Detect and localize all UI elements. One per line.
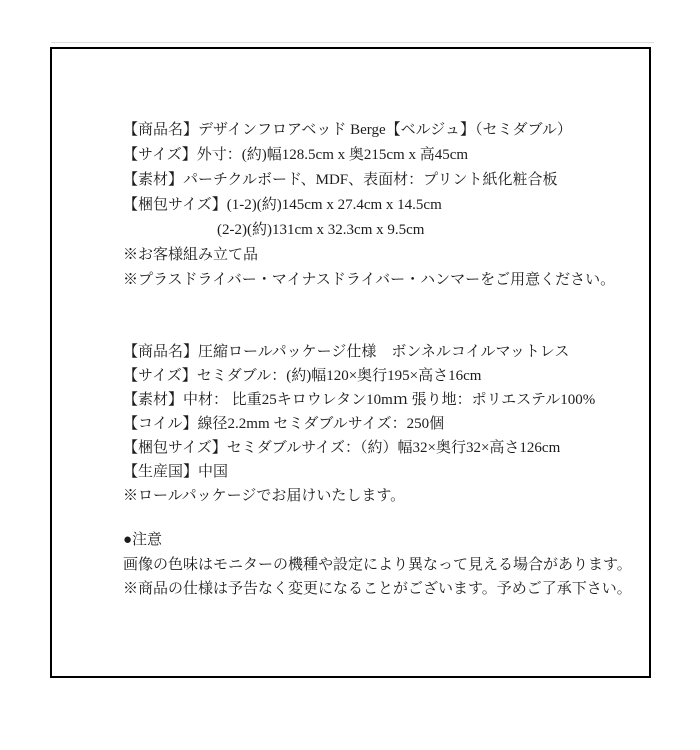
notice-monitor-line: 画像の色味はモニターの機種や設定により異なって見える場合があります。 [123,553,639,578]
mattress-country: 【生産国】中国 [123,460,639,484]
notice-section: ●注意 画像の色味はモニターの機種や設定により異なって見える場合があります。 ※… [123,528,639,602]
mattress-size: 【サイズ】セミダブル：(約)幅120×奥行195×高さ16cm [123,364,639,388]
mattress-material: 【素材】中材： 比重25キロウレタン10mｍ 張り地：ポリエステル100% [123,388,639,412]
bed-product-name: 【商品名】デザインフロアベッド Berge【ベルジュ】（セミダブル） [123,118,639,143]
mattress-package-size: 【梱包サイズ】セミダブルサイズ：（約）幅32×奥行32×高さ126cm [123,436,639,460]
bed-package-size-1: 【梱包サイズ】(1-2)(約)145cm x 27.4cm x 14.5cm [123,193,639,218]
spec-content: 【商品名】デザインフロアベッド Berge【ベルジュ】（セミダブル） 【サイズ】… [52,49,649,602]
mattress-product-name: 【商品名】圧縮ロールパッケージ仕様 ボンネルコイルマットレス [123,340,639,364]
bed-assembly-note: ※お客様組み立て品 [123,243,639,268]
bed-package-size-2: (2-2)(約)131cm x 32.3cm x 9.5cm [123,218,639,243]
bed-tools-note: ※プラスドライバー・マイナスドライバー・ハンマーをご用意ください。 [123,268,639,293]
spec-border-box: 【商品名】デザインフロアベッド Berge【ベルジュ】（セミダブル） 【サイズ】… [50,47,651,678]
notice-heading: ●注意 [123,528,639,553]
mattress-section: 【商品名】圧縮ロールパッケージ仕様 ボンネルコイルマットレス 【サイズ】セミダブ… [123,340,639,508]
mattress-delivery-note: ※ロールパッケージでお届けいたします。 [123,484,639,508]
product-spec-image: 【商品名】デザインフロアベッド Berge【ベルジュ】（セミダブル） 【サイズ】… [0,0,700,750]
notice-spec-change-line: ※商品の仕様は予告なく変更になることがございます。予めご了承下さい。 [123,577,639,602]
bed-size: 【サイズ】外寸：(約)幅128.5cm x 奥215cm x 高45cm [123,143,639,168]
bed-frame-section: 【商品名】デザインフロアベッド Berge【ベルジュ】（セミダブル） 【サイズ】… [123,118,639,293]
outer-top-edge-line [51,42,654,43]
mattress-coil: 【コイル】線径2.2mm セミダブルサイズ：250個 [123,412,639,436]
bed-material: 【素材】パーチクルボード、MDF、表面材：プリント紙化粧合板 [123,168,639,193]
